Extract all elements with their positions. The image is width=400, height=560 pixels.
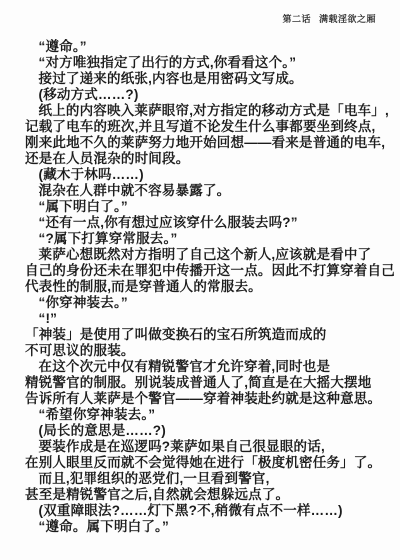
text-line: 还是在人员混杂的时间段。 — [25, 151, 394, 167]
text-line: “还有一点,你有想过应该穿什么服装去吗?” — [25, 215, 394, 231]
text-line: 精锐警官的制服。别说装成普通人了,简直是在大摇大摆地 — [25, 375, 394, 391]
chapter-number: 第二话 — [282, 14, 311, 24]
text-line: 在别人眼里反而就不会觉得她在进行「极度机密任务」了。 — [25, 455, 394, 471]
text-line: “?属下打算穿常服去。” — [25, 231, 394, 247]
text-line: 莱萨心想既然对方指明了自己这个新人,应该就是看中了 — [25, 247, 394, 263]
text-line: “!” — [25, 311, 394, 327]
chapter-title: 满载淫欲之厢 — [319, 14, 376, 24]
text-line: 不可思议的服装。 — [25, 343, 394, 359]
text-line: 在这个次元中仅有精锐警官才允许穿着,同时也是 — [25, 359, 394, 375]
text-line: 接过了递来的纸张,内容也是用密码文写成。 — [25, 71, 394, 87]
text-line: “属下明白了。” — [25, 199, 394, 215]
text-line: 自己的身份还未在罪犯中传播开这一点。因此不打算穿着自己 — [25, 263, 394, 279]
running-header: 第二话满载淫欲之厢 — [282, 12, 376, 25]
text-line: 记载了电车的班次,并且写道不论发生什么事都要坐到终点, — [25, 119, 394, 135]
text-line: “对方唯独指定了出行的方式,你看看这个。” — [25, 55, 394, 71]
text-line: “希望你穿神装去。” — [25, 407, 394, 423]
text-line: 甚至是精锐警官之后,自然就会想躲远点了。 — [25, 487, 394, 503]
text-line: (藏木于林吗……) — [25, 167, 394, 183]
text-line: 刚来此地不久的莱萨努力地开始回想——看来是普通的电车, — [25, 135, 394, 151]
text-line: 而且,犯罪组织的恶党们,一旦看到警官, — [25, 471, 394, 487]
text-line: 代表性的制服,而是穿普通人的常服去。 — [25, 279, 394, 295]
text-line: 告诉所有人莱萨是个警官——穿着神装赴约就是这种意思。 — [25, 391, 394, 407]
text-line: 要装作成是在巡逻吗?莱萨如果自己很显眼的话, — [25, 439, 394, 455]
text-line: 混杂在人群中就不容易暴露了。 — [25, 183, 394, 199]
text-line: (局长的意思是……?) — [25, 423, 394, 439]
text-line: “遵命。属下明白了。” — [25, 519, 394, 535]
text-line: 「神装」是使用了叫做变换石的宝石所筑造而成的 — [25, 327, 394, 343]
text-content: “遵命。”“对方唯独指定了出行的方式,你看看这个。”接过了递来的纸张,内容也是用… — [25, 39, 394, 535]
novel-page: 第二话满载淫欲之厢 “遵命。”“对方唯独指定了出行的方式,你看看这个。”接过了递… — [0, 0, 400, 560]
text-line: (双重障眼法?……灯下黑?不,稍微有点不一样……) — [25, 503, 394, 519]
text-line: “你穿神装去。” — [25, 295, 394, 311]
text-line: 纸上的内容映入莱萨眼帘,对方指定的移动方式是「电车」, — [25, 103, 394, 119]
text-line: “遵命。” — [25, 39, 394, 55]
text-line: (移动方式……?) — [25, 87, 394, 103]
